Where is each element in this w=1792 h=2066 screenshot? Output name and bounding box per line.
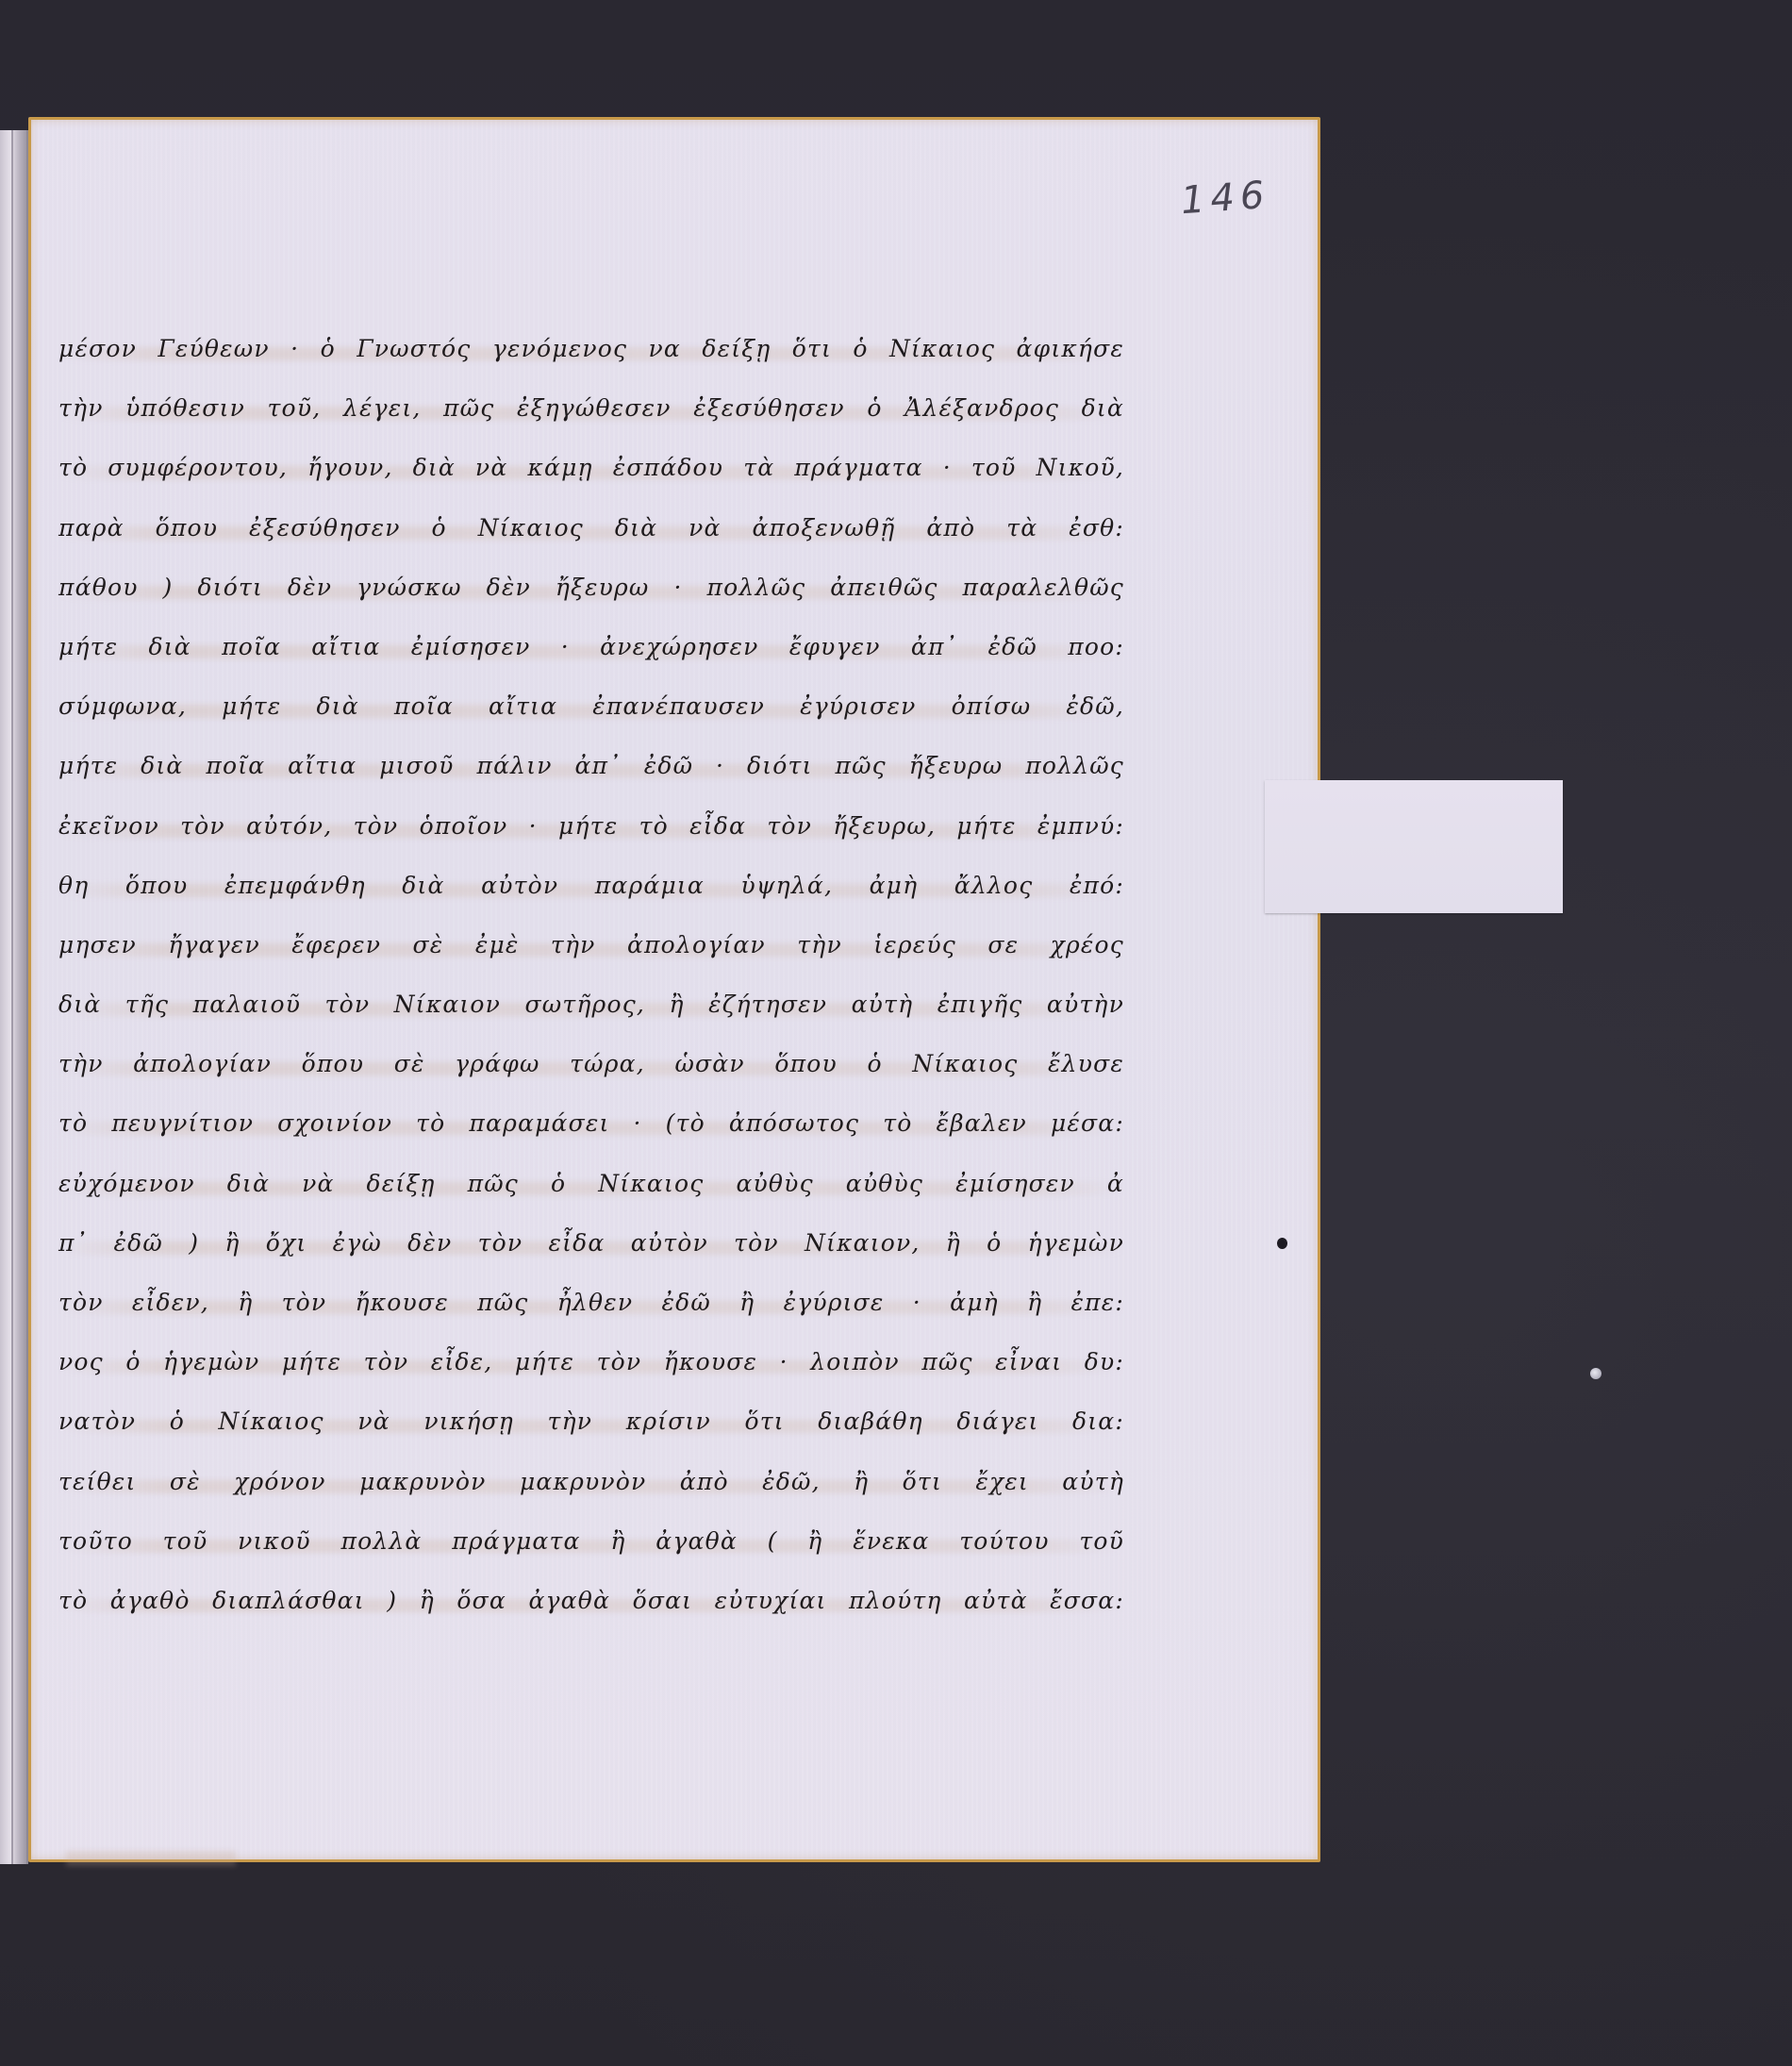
text-line: εὐχόμενον διὰ νὰ δείξῃ πῶς ὁ Νίκαιος αὐθ… <box>58 1154 1124 1213</box>
binding-strip <box>0 130 28 1864</box>
text-line: τὸ πευγνίτιον σχοινίον τὸ παραμάσει · (τ… <box>58 1093 1124 1153</box>
text-line-content: σύμφωνα, μήτε διὰ ποῖα αἴτια ἐπανέπαυσεν… <box>58 692 1124 720</box>
dust-speck <box>1590 1368 1601 1379</box>
text-line: μέσον Γεύθεων · ὁ Γνωστός γενόμενος να δ… <box>58 319 1124 378</box>
text-line: μήτε διὰ ποῖα αἴτια ἐμίσησεν · ἀνεχώρησε… <box>58 617 1124 676</box>
text-line: ἐκεῖνον τὸν αὐτόν, τὸν ὁποῖον · μήτε τὸ … <box>58 796 1124 856</box>
text-line-content: π᾽ ἐδῶ ) ἢ ὄχι ἐγὼ δὲν τὸν εἶδα αὐτὸν τὸ… <box>58 1229 1124 1257</box>
text-line-content: διὰ τῆς παλαιοῦ τὸν Νίκαιον σωτῆρος, ἢ ἐ… <box>58 991 1124 1018</box>
text-line-content: μήτε διὰ ποῖα αἴτια μισοῦ πάλιν ἀπ᾽ ἐδῶ … <box>58 752 1124 779</box>
text-line-content: παρὰ ὅπου ἐξεσύθησεν ὁ Νίκαιος διὰ νὰ ἀπ… <box>58 514 1124 541</box>
text-line-content: μήτε διὰ ποῖα αἴτια ἐμίσησεν · ἀνεχώρησε… <box>58 633 1124 660</box>
text-line: θη ὅπου ἐπεμφάνθη διὰ αὐτὸν παράμια ὑψηλ… <box>58 856 1124 915</box>
text-line: τὸ συμφέροντου, ἤγουν, διὰ νὰ κάμῃ ἐσπάδ… <box>58 438 1124 497</box>
text-line: μησεν ἤγαγεν ἔφερεν σὲ ἐμὲ τὴν ἀπολογίαν… <box>58 915 1124 975</box>
text-line: π᾽ ἐδῶ ) ἢ ὄχι ἐγὼ δὲν τὸν εἶδα αὐτὸν τὸ… <box>58 1213 1124 1273</box>
text-line: τὸ ἀγαθὸ διαπλάσθαι ) ἢ ὅσα ἀγαθὰ ὅσαι ε… <box>58 1571 1124 1630</box>
text-line: τείθει σὲ χρόνον μακρυνὸν μακρυνὸν ἀπὸ ἐ… <box>58 1452 1124 1511</box>
faded-stain <box>66 1851 236 1866</box>
text-line-content: τὸ πευγνίτιον σχοινίον τὸ παραμάσει · (τ… <box>58 1109 1124 1137</box>
text-line-content: τὸ συμφέροντου, ἤγουν, διὰ νὰ κάμῃ ἐσπάδ… <box>58 454 1124 481</box>
text-line: παρὰ ὅπου ἐξεσύθησεν ὁ Νίκαιος διὰ νὰ ἀπ… <box>58 498 1124 558</box>
text-line-content: τὸ ἀγαθὸ διαπλάσθαι ) ἢ ὅσα ἀγαθὰ ὅσαι ε… <box>58 1587 1124 1614</box>
text-line-content: τὸν εἶδεν, ἢ τὸν ἤκουσε πῶς ἦλθεν ἐδῶ ἢ … <box>58 1289 1124 1316</box>
text-line: πάθου ) διότι δὲν γνώσκω δὲν ἤξευρω · πο… <box>58 558 1124 617</box>
text-line-content: τὴν ἀπολογίαν ὅπου σὲ γράφω τώρα, ὡσὰν ὅ… <box>58 1050 1124 1077</box>
text-line: νος ὁ ἡγεμὼν μήτε τὸν εἶδε, μήτε τὸν ἤκο… <box>58 1332 1124 1391</box>
ink-spot <box>1277 1238 1287 1249</box>
text-line-content: νος ὁ ἡγεμὼν μήτε τὸν εἶδε, μήτε τὸν ἤκο… <box>58 1348 1124 1375</box>
text-line-content: νατὸν ὁ Νίκαιος νὰ νικήσῃ τὴν κρίσιν ὅτι… <box>58 1408 1124 1435</box>
text-line-content: τείθει σὲ χρόνον μακρυνὸν μακρυνὸν ἀπὸ ἐ… <box>58 1468 1124 1495</box>
text-line: διὰ τῆς παλαιοῦ τὸν Νίκαιον σωτῆρος, ἢ ἐ… <box>58 975 1124 1034</box>
text-line: τὸν εἶδεν, ἢ τὸν ἤκουσε πῶς ἦλθεν ἐδῶ ἢ … <box>58 1273 1124 1332</box>
text-line-content: τοῦτο τοῦ νικοῦ πολλὰ πράγματα ἢ ἀγαθὰ (… <box>58 1527 1124 1555</box>
manuscript-text: μέσον Γεύθεων · ὁ Γνωστός γενόμενος να δ… <box>58 319 1124 1630</box>
folio-number: 146 <box>1180 174 1271 223</box>
text-line: τὴν ὑπόθεσιν τοῦ, λέγει, πῶς ἐξηγώθεσεν … <box>58 378 1124 438</box>
text-line: νατὸν ὁ Νίκαιος νὰ νικήσῃ τὴν κρίσιν ὅτι… <box>58 1391 1124 1451</box>
text-line-content: θη ὅπου ἐπεμφάνθη διὰ αὐτὸν παράμια ὑψηλ… <box>58 872 1124 899</box>
text-line-content: εὐχόμενον διὰ νὰ δείξῃ πῶς ὁ Νίκαιος αὐθ… <box>58 1170 1124 1197</box>
text-line: τὴν ἀπολογίαν ὅπου σὲ γράφω τώρα, ὡσὰν ὅ… <box>58 1034 1124 1093</box>
text-line: σύμφωνα, μήτε διὰ ποῖα αἴτια ἐπανέπαυσεν… <box>58 676 1124 736</box>
text-line: μήτε διὰ ποῖα αἴτια μισοῦ πάλιν ἀπ᾽ ἐδῶ … <box>58 736 1124 795</box>
text-line-content: μησεν ἤγαγεν ἔφερεν σὲ ἐμὲ τὴν ἀπολογίαν… <box>58 931 1124 958</box>
text-line-content: ἐκεῖνον τὸν αὐτόν, τὸν ὁποῖον · μήτε τὸ … <box>58 812 1124 840</box>
text-line: τοῦτο τοῦ νικοῦ πολλὰ πράγματα ἢ ἀγαθὰ (… <box>58 1511 1124 1571</box>
text-line-content: τὴν ὑπόθεσιν τοῦ, λέγει, πῶς ἐξηγώθεσεν … <box>58 394 1124 422</box>
text-line-content: μέσον Γεύθεων · ὁ Γνωστός γενόμενος να δ… <box>58 335 1124 362</box>
pasted-paper-slip <box>1265 780 1563 913</box>
text-line-content: πάθου ) διότι δὲν γνώσκω δὲν ἤξευρω · πο… <box>58 574 1124 601</box>
